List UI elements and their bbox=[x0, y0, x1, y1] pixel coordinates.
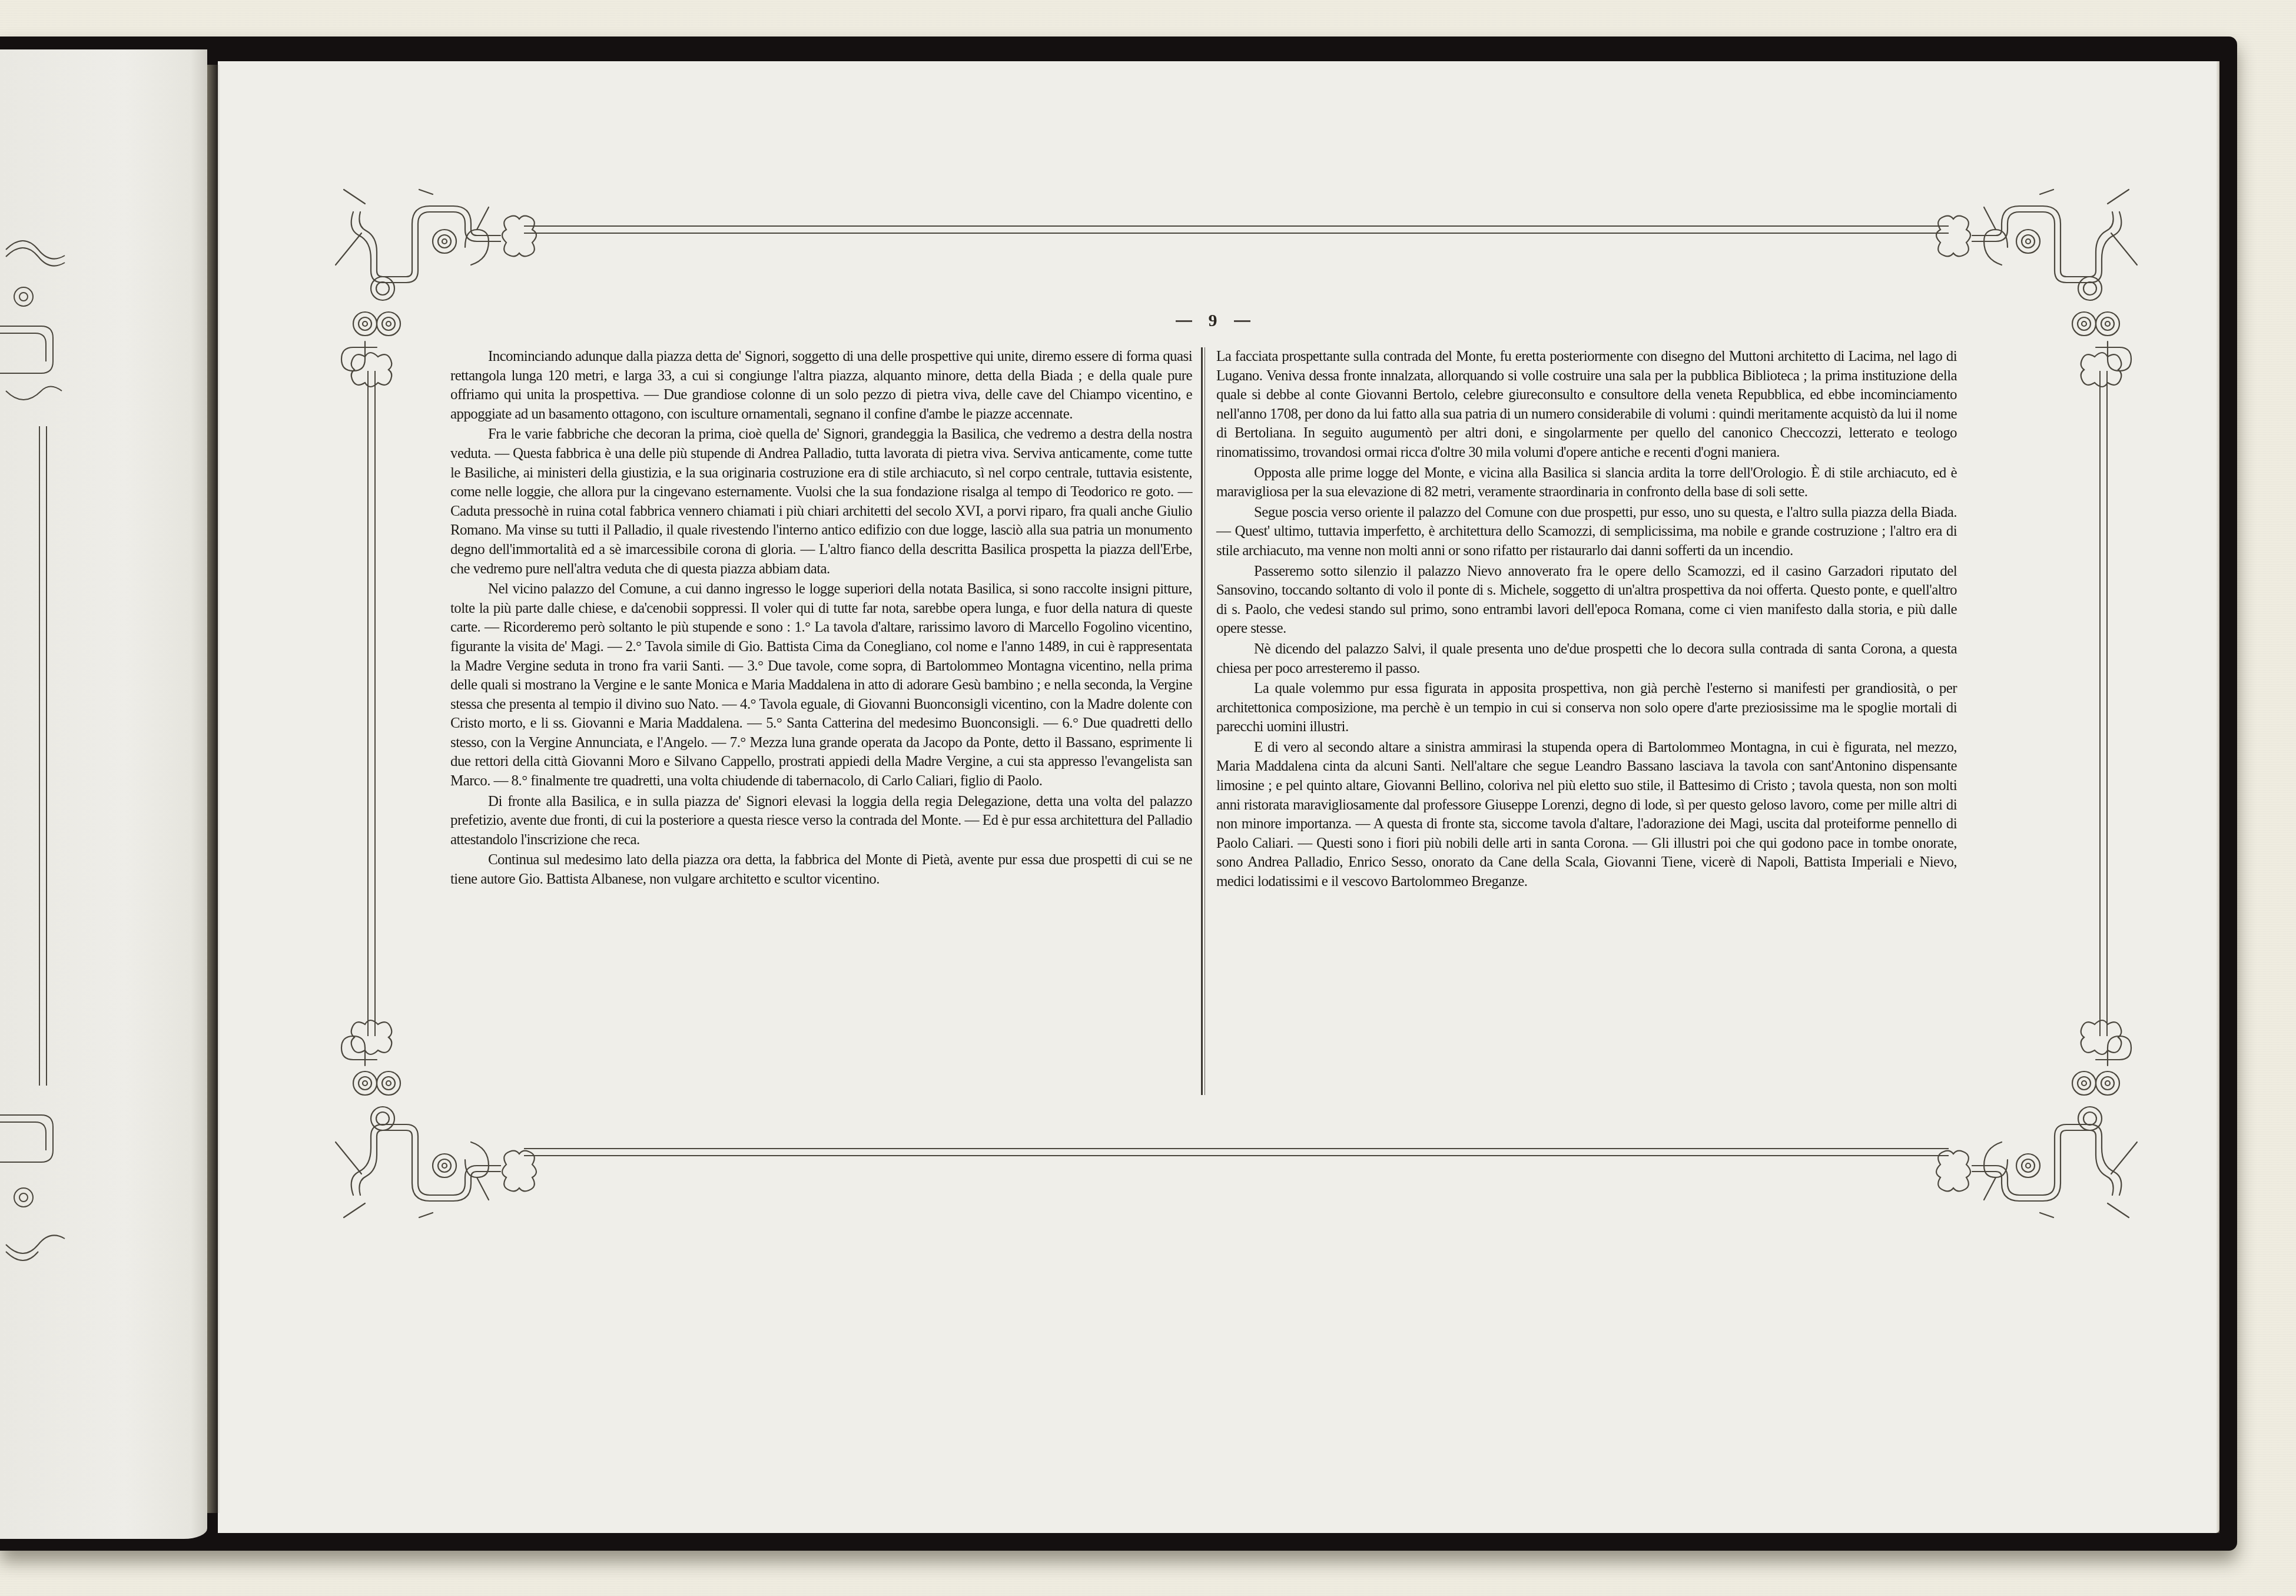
text-column-left: Incominciando adunque dalla piazza detta… bbox=[450, 347, 1192, 891]
paragraph: La facciata prospettante sulla contrada … bbox=[1216, 347, 1957, 463]
paragraph: Incominciando adunque dalla piazza detta… bbox=[450, 347, 1192, 424]
scroll-ornament-icon bbox=[0, 1097, 71, 1286]
paragraph: Di fronte alla Basilica, e in sulla piaz… bbox=[450, 792, 1192, 850]
paragraph: E di vero al secondo altare a sinistra a… bbox=[1216, 738, 1957, 892]
text-column-right: La facciata prospettante sulla contrada … bbox=[1216, 347, 1957, 893]
column-divider bbox=[1201, 347, 1203, 1095]
paragraph: Passeremo sotto silenzio il palazzo Niev… bbox=[1216, 562, 1957, 639]
paragraph: Opposta alle prime logge del Monte, e vi… bbox=[1216, 464, 1957, 502]
frame-left-rule bbox=[367, 371, 376, 1036]
left-facing-page bbox=[0, 49, 207, 1539]
paragraph: Segue poscia verso oriente il palazzo de… bbox=[1216, 503, 1957, 561]
corner-ornament-top-left-icon bbox=[330, 177, 530, 377]
corner-ornament-top-right-icon bbox=[1943, 177, 2143, 377]
paragraph: Nè dicendo del palazzo Salvi, il quale p… bbox=[1216, 640, 1957, 678]
frame-top-rule bbox=[524, 225, 1949, 234]
gutter-shadow bbox=[207, 65, 220, 1513]
page-number-dash-right bbox=[1234, 320, 1250, 322]
frame-right-rule bbox=[2099, 371, 2108, 1036]
page-number-dash-left bbox=[1176, 320, 1192, 322]
frame-bottom-rule bbox=[524, 1148, 1949, 1156]
page-number-value: 9 bbox=[1209, 311, 1217, 331]
corner-ornament-bottom-right-icon bbox=[1943, 1030, 2143, 1230]
left-page-frame-rule bbox=[39, 426, 47, 1086]
paragraph: La quale volemmo pur essa figurata in ap… bbox=[1216, 679, 1957, 737]
page-number: 9 bbox=[1148, 311, 1278, 331]
scroll-ornament-icon bbox=[0, 226, 71, 426]
paragraph: Nel vicino palazzo del Comune, a cui dan… bbox=[450, 580, 1192, 791]
paragraph: Continua sul medesimo lato della piazza … bbox=[450, 851, 1192, 889]
corner-ornament-bottom-left-icon bbox=[330, 1030, 530, 1230]
paragraph: Fra le varie fabbriche che decoran la pr… bbox=[450, 425, 1192, 579]
